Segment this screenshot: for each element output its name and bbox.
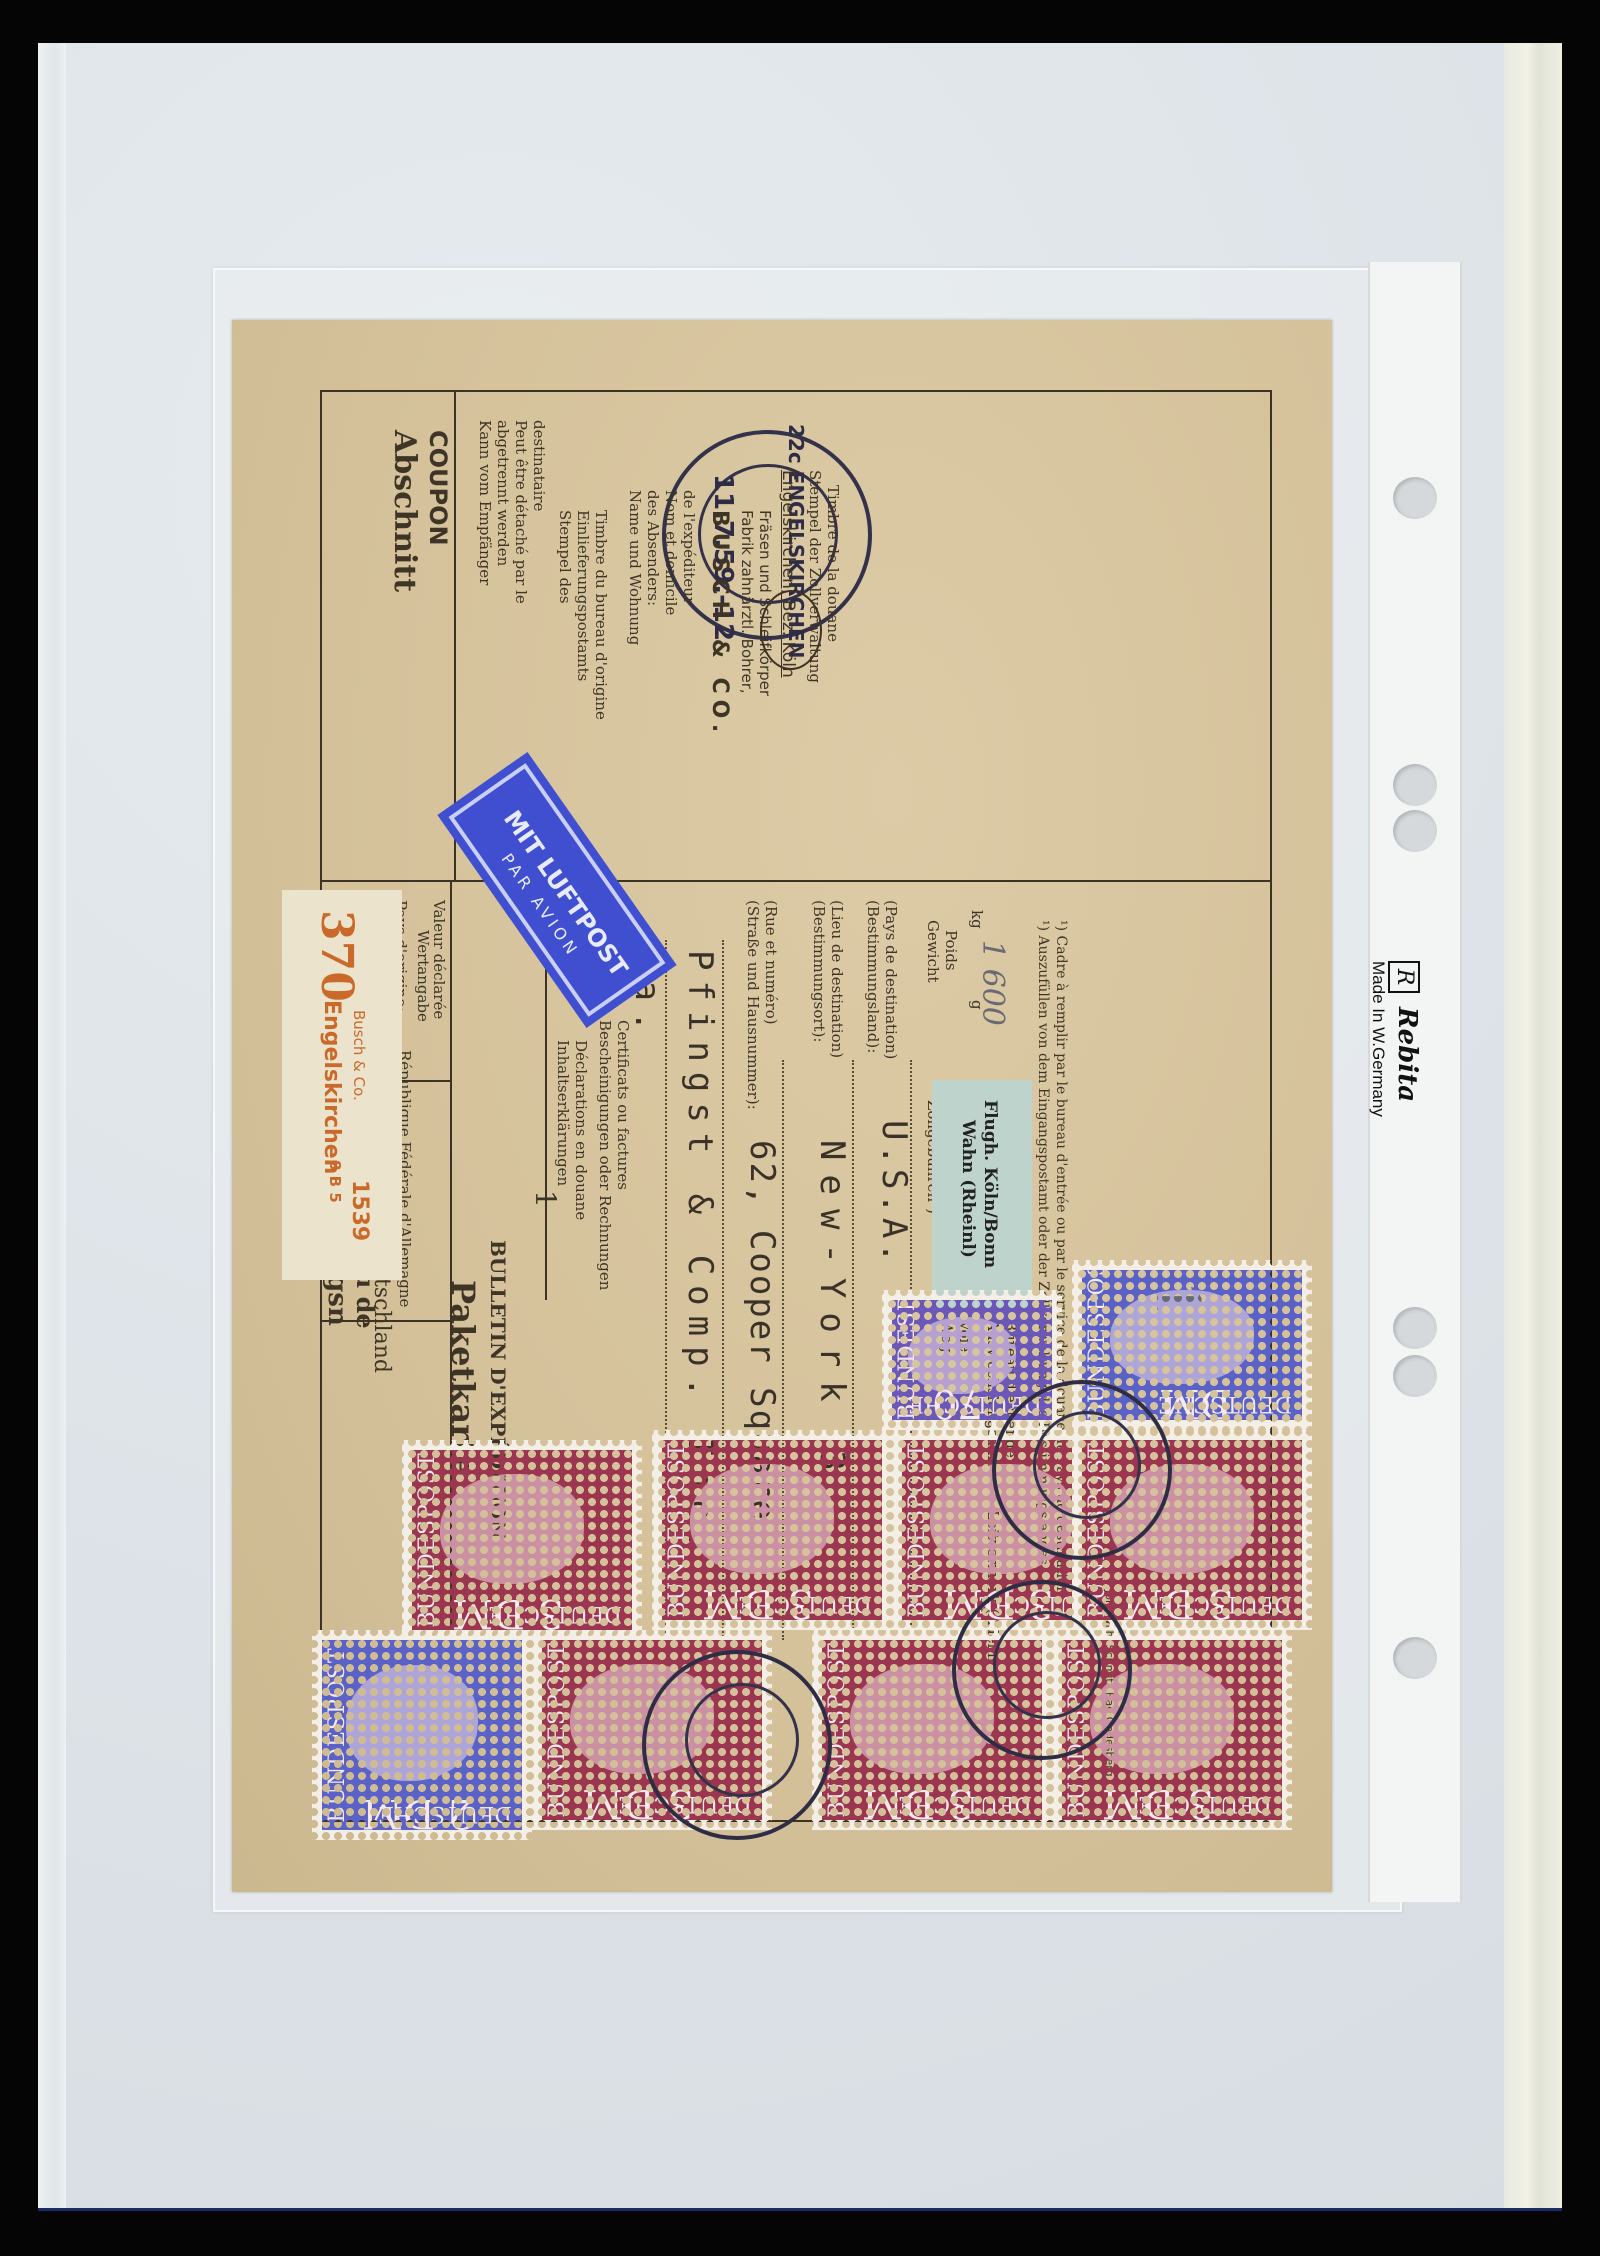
stamp-issuer: BUNDESPOST	[662, 1440, 694, 1620]
origin-office-label: Stempel des	[556, 510, 574, 604]
portrait-icon	[1110, 1290, 1254, 1384]
stamp-value: 2 DM	[362, 1790, 473, 1836]
postmark	[642, 1650, 832, 1840]
stamp-issuer: BUNDESPOST	[902, 1440, 934, 1620]
registration-label: 370 Engelskirchen Busch & Co. 8 B 5 1539	[282, 890, 402, 1280]
brand-origin: Made In W.Germany	[1368, 961, 1388, 1117]
postage-stamp: BUNDESPOSTDEUTSCHE2 DM	[312, 1630, 532, 1840]
stamp-value: 3 DM	[1122, 1580, 1233, 1626]
parcel-card: Abschnitt COUPON Kann vom Empfänger abge…	[232, 320, 1332, 1892]
brand-logo-icon: R	[1388, 961, 1420, 993]
punch-hole-icon	[1393, 1355, 1437, 1397]
destination-country: U.S.A.	[874, 1120, 914, 1267]
punch-hole-icon	[1393, 1307, 1437, 1349]
customs-stamp-label: Stempel der Zollverwaltung	[806, 470, 824, 683]
punch-hole-icon	[1393, 1637, 1437, 1679]
airmail-label: MIT LUFTPOST PAR AVION	[437, 752, 676, 1028]
postmark	[952, 1580, 1132, 1760]
coupon-title: Abschnitt	[387, 430, 422, 592]
stamp-value: 3 DM	[1102, 1780, 1213, 1826]
portrait-icon	[440, 1474, 584, 1584]
brand-signature: Rebita	[1392, 1007, 1422, 1102]
coupon-subtitle: COUPON	[424, 430, 452, 546]
punch-hole-icon	[1393, 477, 1437, 519]
stamp-value: 3 DM	[862, 1780, 973, 1826]
detach-note: Kann vom Empfänger	[476, 420, 494, 585]
punch-hole-icon	[1393, 764, 1437, 806]
stamp-issuer: BUNDESPOST	[542, 1640, 574, 1820]
brand-label: R Rebita Made In W.Germany	[1366, 955, 1486, 1205]
sender-label: Name und Wohnung	[626, 490, 644, 645]
postmark	[992, 1380, 1172, 1560]
page-bottom-edge	[38, 2208, 1562, 2211]
stamp-value: 70	[932, 1380, 983, 1426]
sender-company: BUSCH & CO.	[707, 510, 732, 738]
punch-hole-icon	[1393, 810, 1437, 852]
postage-stamp: BUNDESPOSTDEUTSCHE3 DM	[402, 1440, 642, 1640]
postage-stamp: BUNDESPOSTDEUTSCHE3 DM	[652, 1430, 892, 1630]
weight-value: 1 600	[975, 940, 1010, 1026]
stamp-value: 3 DM	[702, 1580, 813, 1626]
portrait-icon	[690, 1464, 834, 1574]
sender-city: Engelskirchen, Bez. Köln	[778, 470, 798, 678]
routing-label: Wahn (Rheinl) Flugh. Köln/Bonn	[932, 1080, 1032, 1310]
portrait-icon	[346, 1665, 478, 1781]
stamp-issuer: BUNDESPOST	[412, 1450, 444, 1630]
